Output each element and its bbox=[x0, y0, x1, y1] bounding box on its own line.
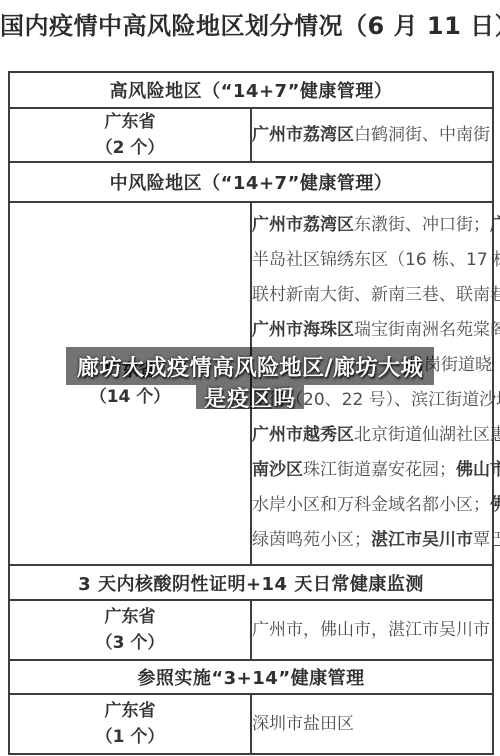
area-text-line: 深圳市盐田区 bbox=[252, 707, 492, 742]
area-name-regular: 瑞宝街南洲名苑棠阁（A 栋、B 栋、C 栋）、 bbox=[354, 320, 500, 340]
section-header-reference-3plus14: 参照实施“3+14”健康管理 bbox=[9, 660, 493, 694]
area-text-line: 水岸小区和万科金域名都小区；佛山市禅城区石湾镇街道 bbox=[252, 488, 492, 523]
province-name: 广东省 bbox=[10, 604, 250, 630]
province-count: （14 个） bbox=[10, 384, 250, 410]
province-name: 广东省 bbox=[10, 698, 250, 724]
area-text-line: 广州市，佛山市，湛江市吴川市 bbox=[252, 613, 492, 648]
risk-area-table: 高风险地区（“14+7”健康管理） 广东省 （2 个） 广州市荔湾区白鹤洞街、中… bbox=[8, 71, 494, 755]
province-cell: 广东省 （1 个） bbox=[9, 694, 251, 754]
page: 国内疫情中高风险地区划分情况（6 月 11 日） 高风险地区（“14+7”健康管… bbox=[0, 0, 500, 756]
area-name-regular: 北京街道仙湖社区惠福西路 398 号； bbox=[354, 425, 500, 445]
section-header-mid-risk: 中风险地区（“14+7”健康管理） bbox=[9, 162, 493, 202]
area-name-bold: 广州市荔湾区 bbox=[252, 125, 354, 145]
area-text-line: 半岛社区锦绣东区（16 栋、17 栋、18 栋），大石街道北 bbox=[252, 243, 492, 278]
area-name-bold: 佛山市南海区 bbox=[456, 460, 500, 480]
area-name-regular: 珠江街道嘉安花园； bbox=[303, 460, 456, 480]
area-name-bold: 湛江市吴川市 bbox=[371, 530, 473, 550]
area-name-bold: 广州市越秀区 bbox=[252, 425, 354, 445]
area-list-mid-risk: 广州市荔湾区东漖街、冲口街；广州市番禺区洛浦街锦绣半岛社区锦绣东区（16 栋、1… bbox=[251, 202, 493, 565]
area-text-line: 联村新南大街、新南三巷、联南巷、新联路所包围区域； bbox=[252, 278, 492, 313]
area-text-line: 绿茵鸣苑小区；湛江市吴川市覃巴镇下榕村 bbox=[252, 523, 492, 558]
area-name-regular: 阳街（20、22 号）、滨江街道沙地直街（21、23 号）； bbox=[252, 390, 500, 410]
area-name-regular: 东漖街、冲口街； bbox=[354, 215, 490, 235]
area-name-regular: 深圳市盐田区 bbox=[252, 714, 354, 734]
area-name-bold: 广州市荔湾区 bbox=[252, 215, 354, 235]
province-count: （1 个） bbox=[10, 724, 250, 750]
area-name-regular: 半岛社区锦绣东区（16 栋、17 栋、18 栋），大石街道北 bbox=[252, 250, 500, 270]
area-name-bold: 南沙区 bbox=[252, 460, 303, 480]
province-cell: 广东省 （2 个） bbox=[9, 108, 251, 162]
area-text-line: 广州市荔湾区东漖街、冲口街；广州市番禺区洛浦街锦绣 bbox=[252, 208, 492, 243]
area-text-line: 广州市荔湾区白鹤洞街、中南街 bbox=[252, 118, 492, 153]
area-name-regular: 联村新南大街、新南三巷、联南巷、新联路所包围区域； bbox=[252, 285, 500, 305]
area-text-line: 广州市海珠区瑞宝街南洲名苑棠阁（A 栋、B 栋、C 栋）、 bbox=[252, 313, 492, 348]
area-list-nucleic-acid: 广州市，佛山市，湛江市吴川市 bbox=[251, 600, 493, 660]
page-title: 国内疫情中高风险地区划分情况（6 月 11 日） bbox=[0, 6, 500, 41]
province-count: （2 个） bbox=[10, 135, 250, 161]
province-name: 广东省 bbox=[10, 358, 250, 384]
area-name-regular: 广州市，佛山市，湛江市吴川市 bbox=[252, 620, 490, 640]
area-text-line: 昌岗街道晓 bbox=[252, 348, 492, 383]
province-cell: 广东省 （14 个） bbox=[9, 202, 251, 565]
province-cell: 广东省 （3 个） bbox=[9, 600, 251, 660]
province-count: （3 个） bbox=[10, 630, 250, 656]
section-header-high-risk: 高风险地区（“14+7”健康管理） bbox=[9, 72, 493, 108]
area-name-bold: 广州市番禺区 bbox=[490, 215, 500, 235]
area-name-bold: 佛山市禅城区 bbox=[490, 495, 500, 515]
area-name-regular: 白鹤洞街、中南街 bbox=[354, 125, 490, 145]
area-text-line: 阳街（20、22 号）、滨江街道沙地直街（21、23 号）； bbox=[252, 383, 492, 418]
area-list-high-risk: 广州市荔湾区白鹤洞街、中南街 bbox=[251, 108, 493, 162]
area-name-bold: 广州市海珠区 bbox=[252, 320, 354, 340]
area-text-line: 广州市越秀区北京街道仙湖社区惠福西路 398 号；广州市 bbox=[252, 418, 492, 453]
area-name-regular: 覃巴镇下榕村 bbox=[473, 530, 500, 550]
section-header-nucleic-acid: 3 天内核酸阴性证明+14 天日常健康监测 bbox=[9, 565, 493, 600]
area-name-regular: 绿茵鸣苑小区； bbox=[252, 530, 371, 550]
province-name: 广东省 bbox=[10, 109, 250, 135]
area-name-regular: 水岸小区和万科金域名都小区； bbox=[252, 495, 490, 515]
area-name-regular: 昌岗街道晓 bbox=[407, 355, 492, 375]
area-list-reference: 深圳市盐田区 bbox=[251, 694, 493, 754]
area-text-line: 南沙区珠江街道嘉安花园；佛山市南海区桂城街道华福御 bbox=[252, 453, 492, 488]
